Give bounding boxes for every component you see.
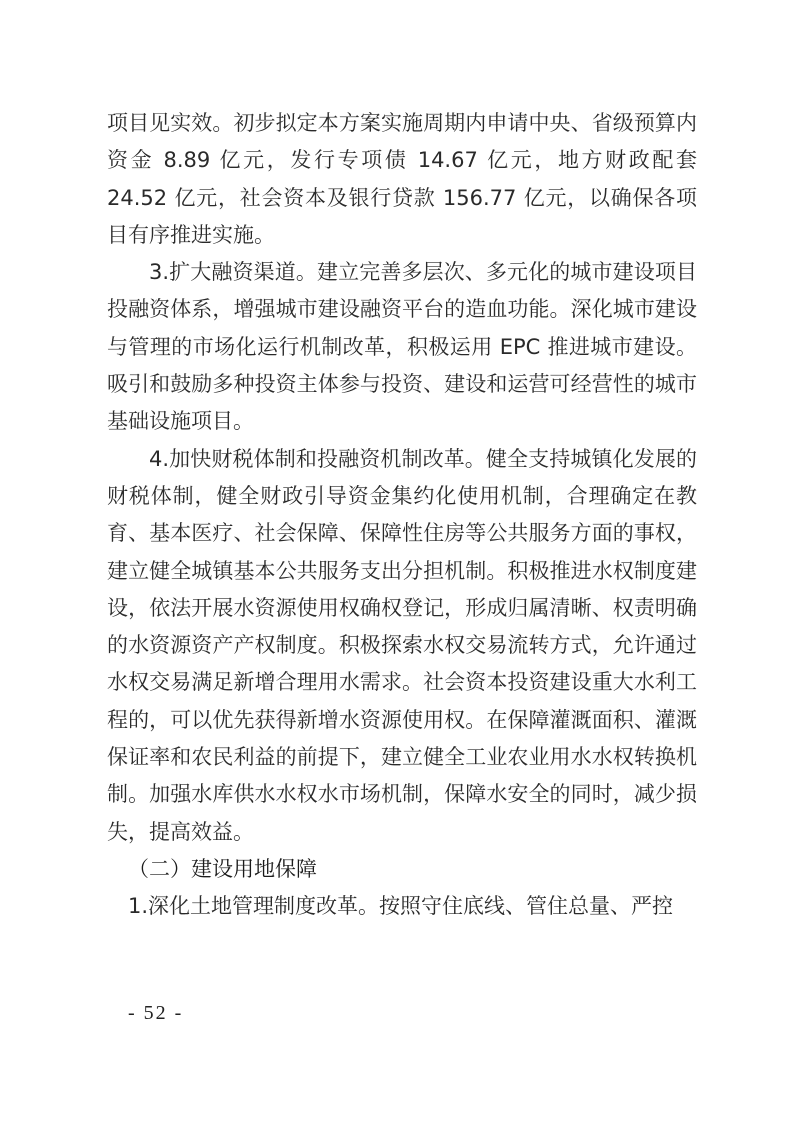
document-body: 项目见实效。初步拟定本方案实施周期内申请中央、省级预算内资金 8.89 亿元，发…: [107, 105, 697, 926]
paragraph-funding-plan: 项目见实效。初步拟定本方案实施周期内申请中央、省级预算内资金 8.89 亿元，发…: [107, 105, 697, 254]
paragraph-land-reform: 1.深化土地管理制度改革。按照守住底线、管住总量、严控: [107, 888, 697, 925]
paragraph-expand-financing: 3.扩大融资渠道。建立完善多层次、多元化的城市建设项目投融资体系，增强城市建设融…: [107, 254, 697, 440]
page-number: - 52 -: [128, 1002, 183, 1025]
document-page: 项目见实效。初步拟定本方案实施周期内申请中央、省级预算内资金 8.89 亿元，发…: [0, 0, 793, 1122]
section-heading-land-use: （二）建设用地保障: [107, 851, 697, 888]
paragraph-fiscal-reform: 4.加快财税体制和投融资机制改革。健全支持城镇化发展的财税体制，健全财政引导资金…: [107, 441, 697, 851]
